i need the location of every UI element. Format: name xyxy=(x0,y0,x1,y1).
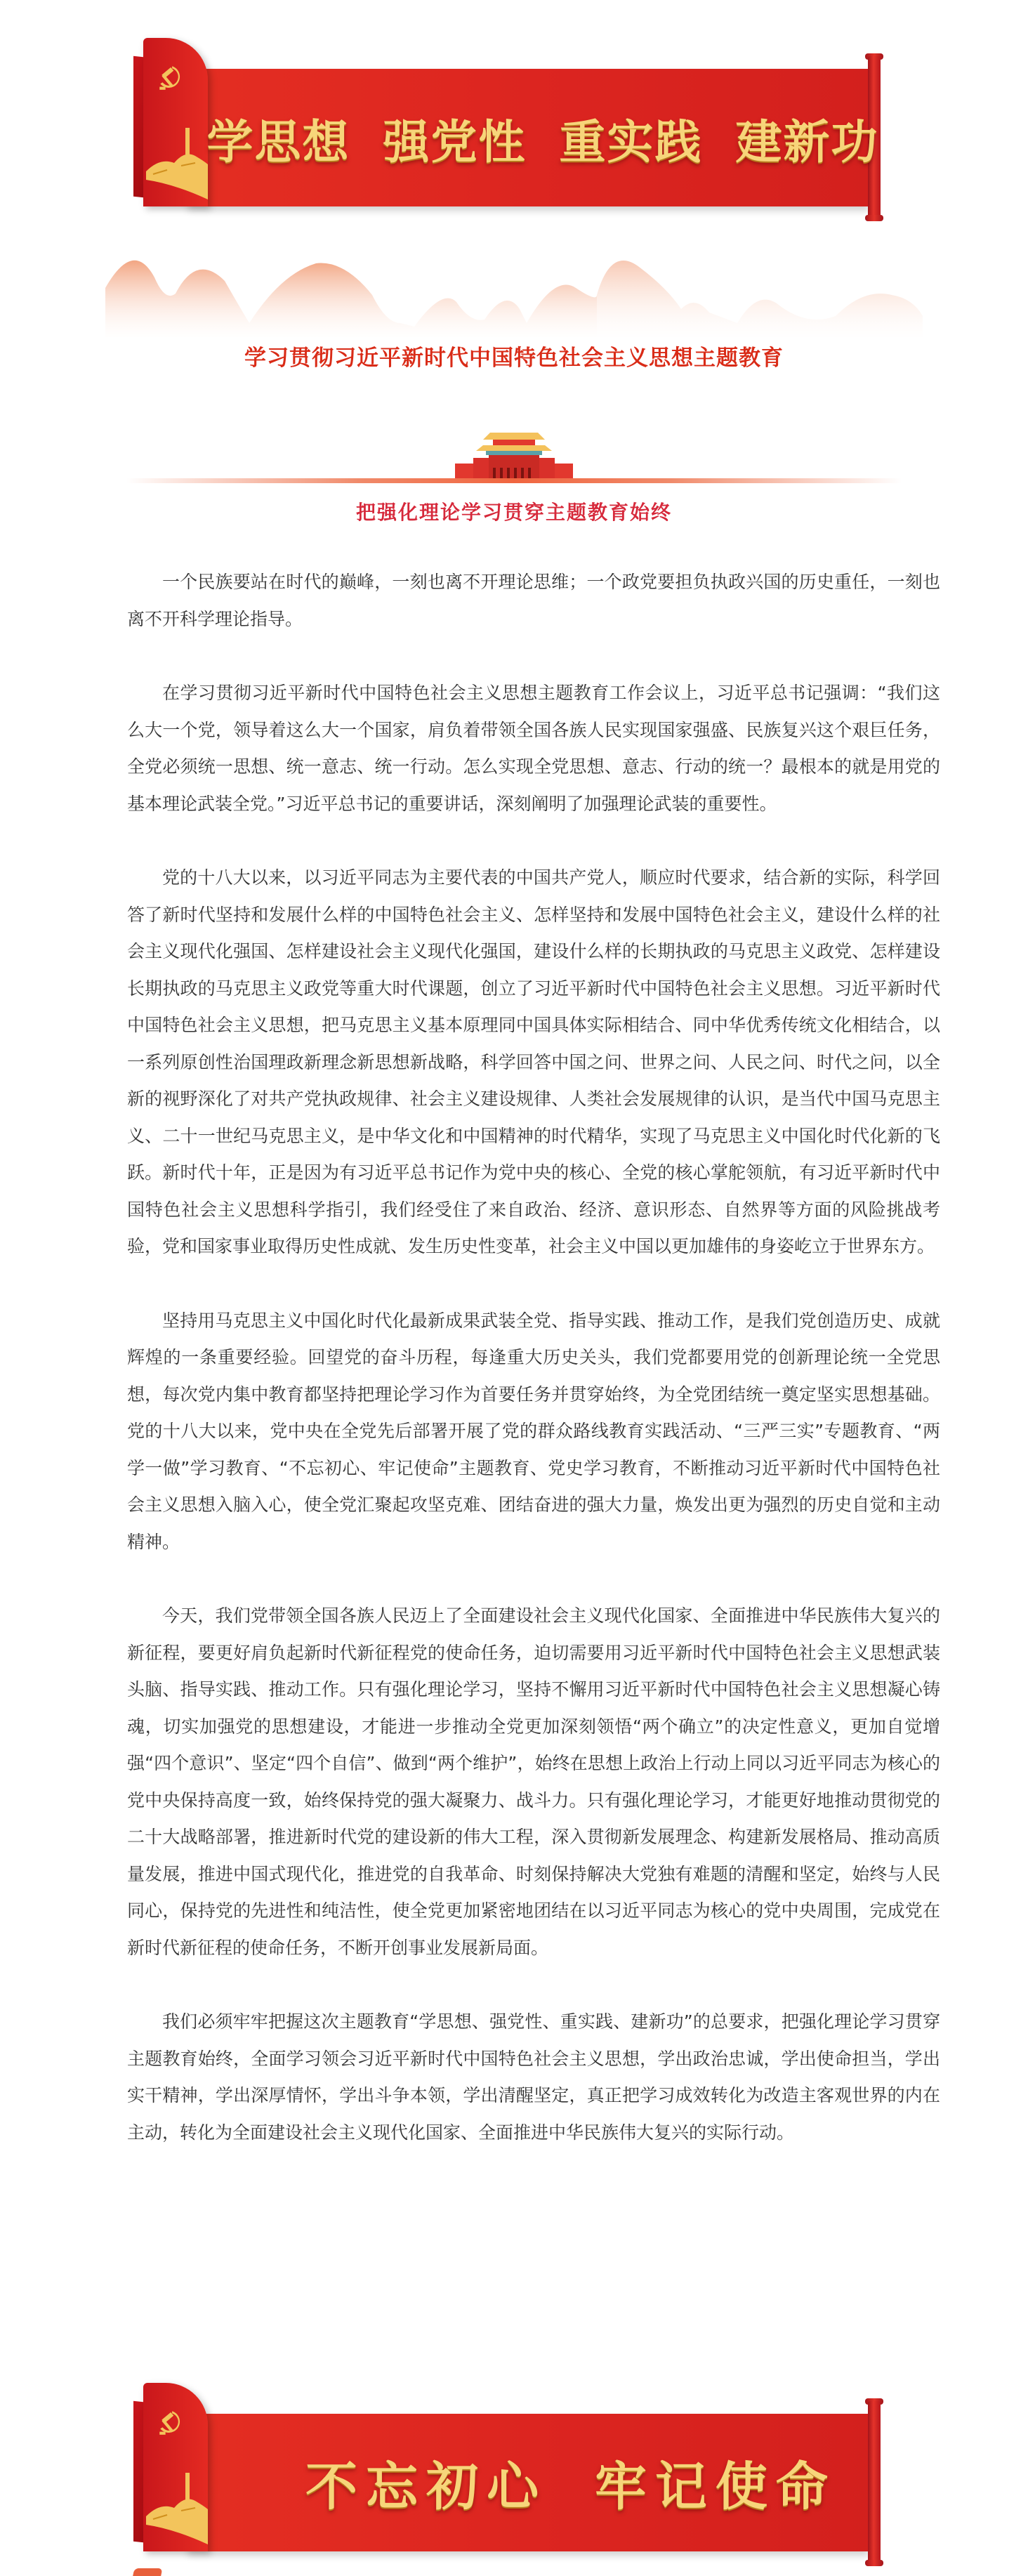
paragraph: 在学习贯彻习近平新时代中国特色社会主义思想主题教育工作会议上，习近平总书记强调：… xyxy=(127,675,940,822)
banner-slogan: 不忘初心 牢记使命 xyxy=(188,2414,911,2551)
gradient-divider xyxy=(126,478,902,483)
party-emblem-icon xyxy=(156,2408,185,2438)
paragraph: 今天，我们党带领全国各族人民迈上了全面建设社会主义现代化国家、全面推进中华民族伟… xyxy=(127,1598,940,1966)
tiananmen-gate-icon xyxy=(455,427,573,480)
banner-slogan: 学思想 强党性 重实践 建新功 xyxy=(188,69,883,206)
article-body: 一个民族要站在时代的巅峰，一刻也离不开理论思维；一个政党要担负执政兴国的历史重任… xyxy=(127,564,940,2188)
main-title: 学习贯彻习近平新时代中国特色社会主义思想主题教育 xyxy=(0,340,1028,372)
party-emblem-icon xyxy=(156,63,185,93)
bottom-slogan-banner: 不忘初心 牢记使命 xyxy=(119,2363,913,2560)
top-slogan-banner: 学思想 强党性 重实践 建新功 xyxy=(119,18,913,215)
paragraph: 我们必须牢牢把握这次主题教育“学思想、强党性、重实践、建新功”的总要求，把强化理… xyxy=(127,2004,940,2151)
paragraph: 一个民族要站在时代的巅峰，一刻也离不开理论思维；一个政党要担负执政兴国的历史重任… xyxy=(127,564,940,638)
scroll-rod-cap xyxy=(865,2560,883,2566)
mountains-illustration xyxy=(105,246,923,337)
paragraph: 党的十八大以来，以习近平同志为主要代表的中国共产党人，顺应时代要求，结合新的实际… xyxy=(127,860,940,1266)
section-title: 把强化理论学习贯穿主题教育始终 xyxy=(0,497,1028,525)
scroll-rod-cap xyxy=(865,215,883,221)
paragraph: 坚持用马克思主义中国化时代化最新成果武装全党、指导实践、推动工作，是我们党创造历… xyxy=(127,1303,940,1561)
decorative-shape xyxy=(133,2568,163,2576)
